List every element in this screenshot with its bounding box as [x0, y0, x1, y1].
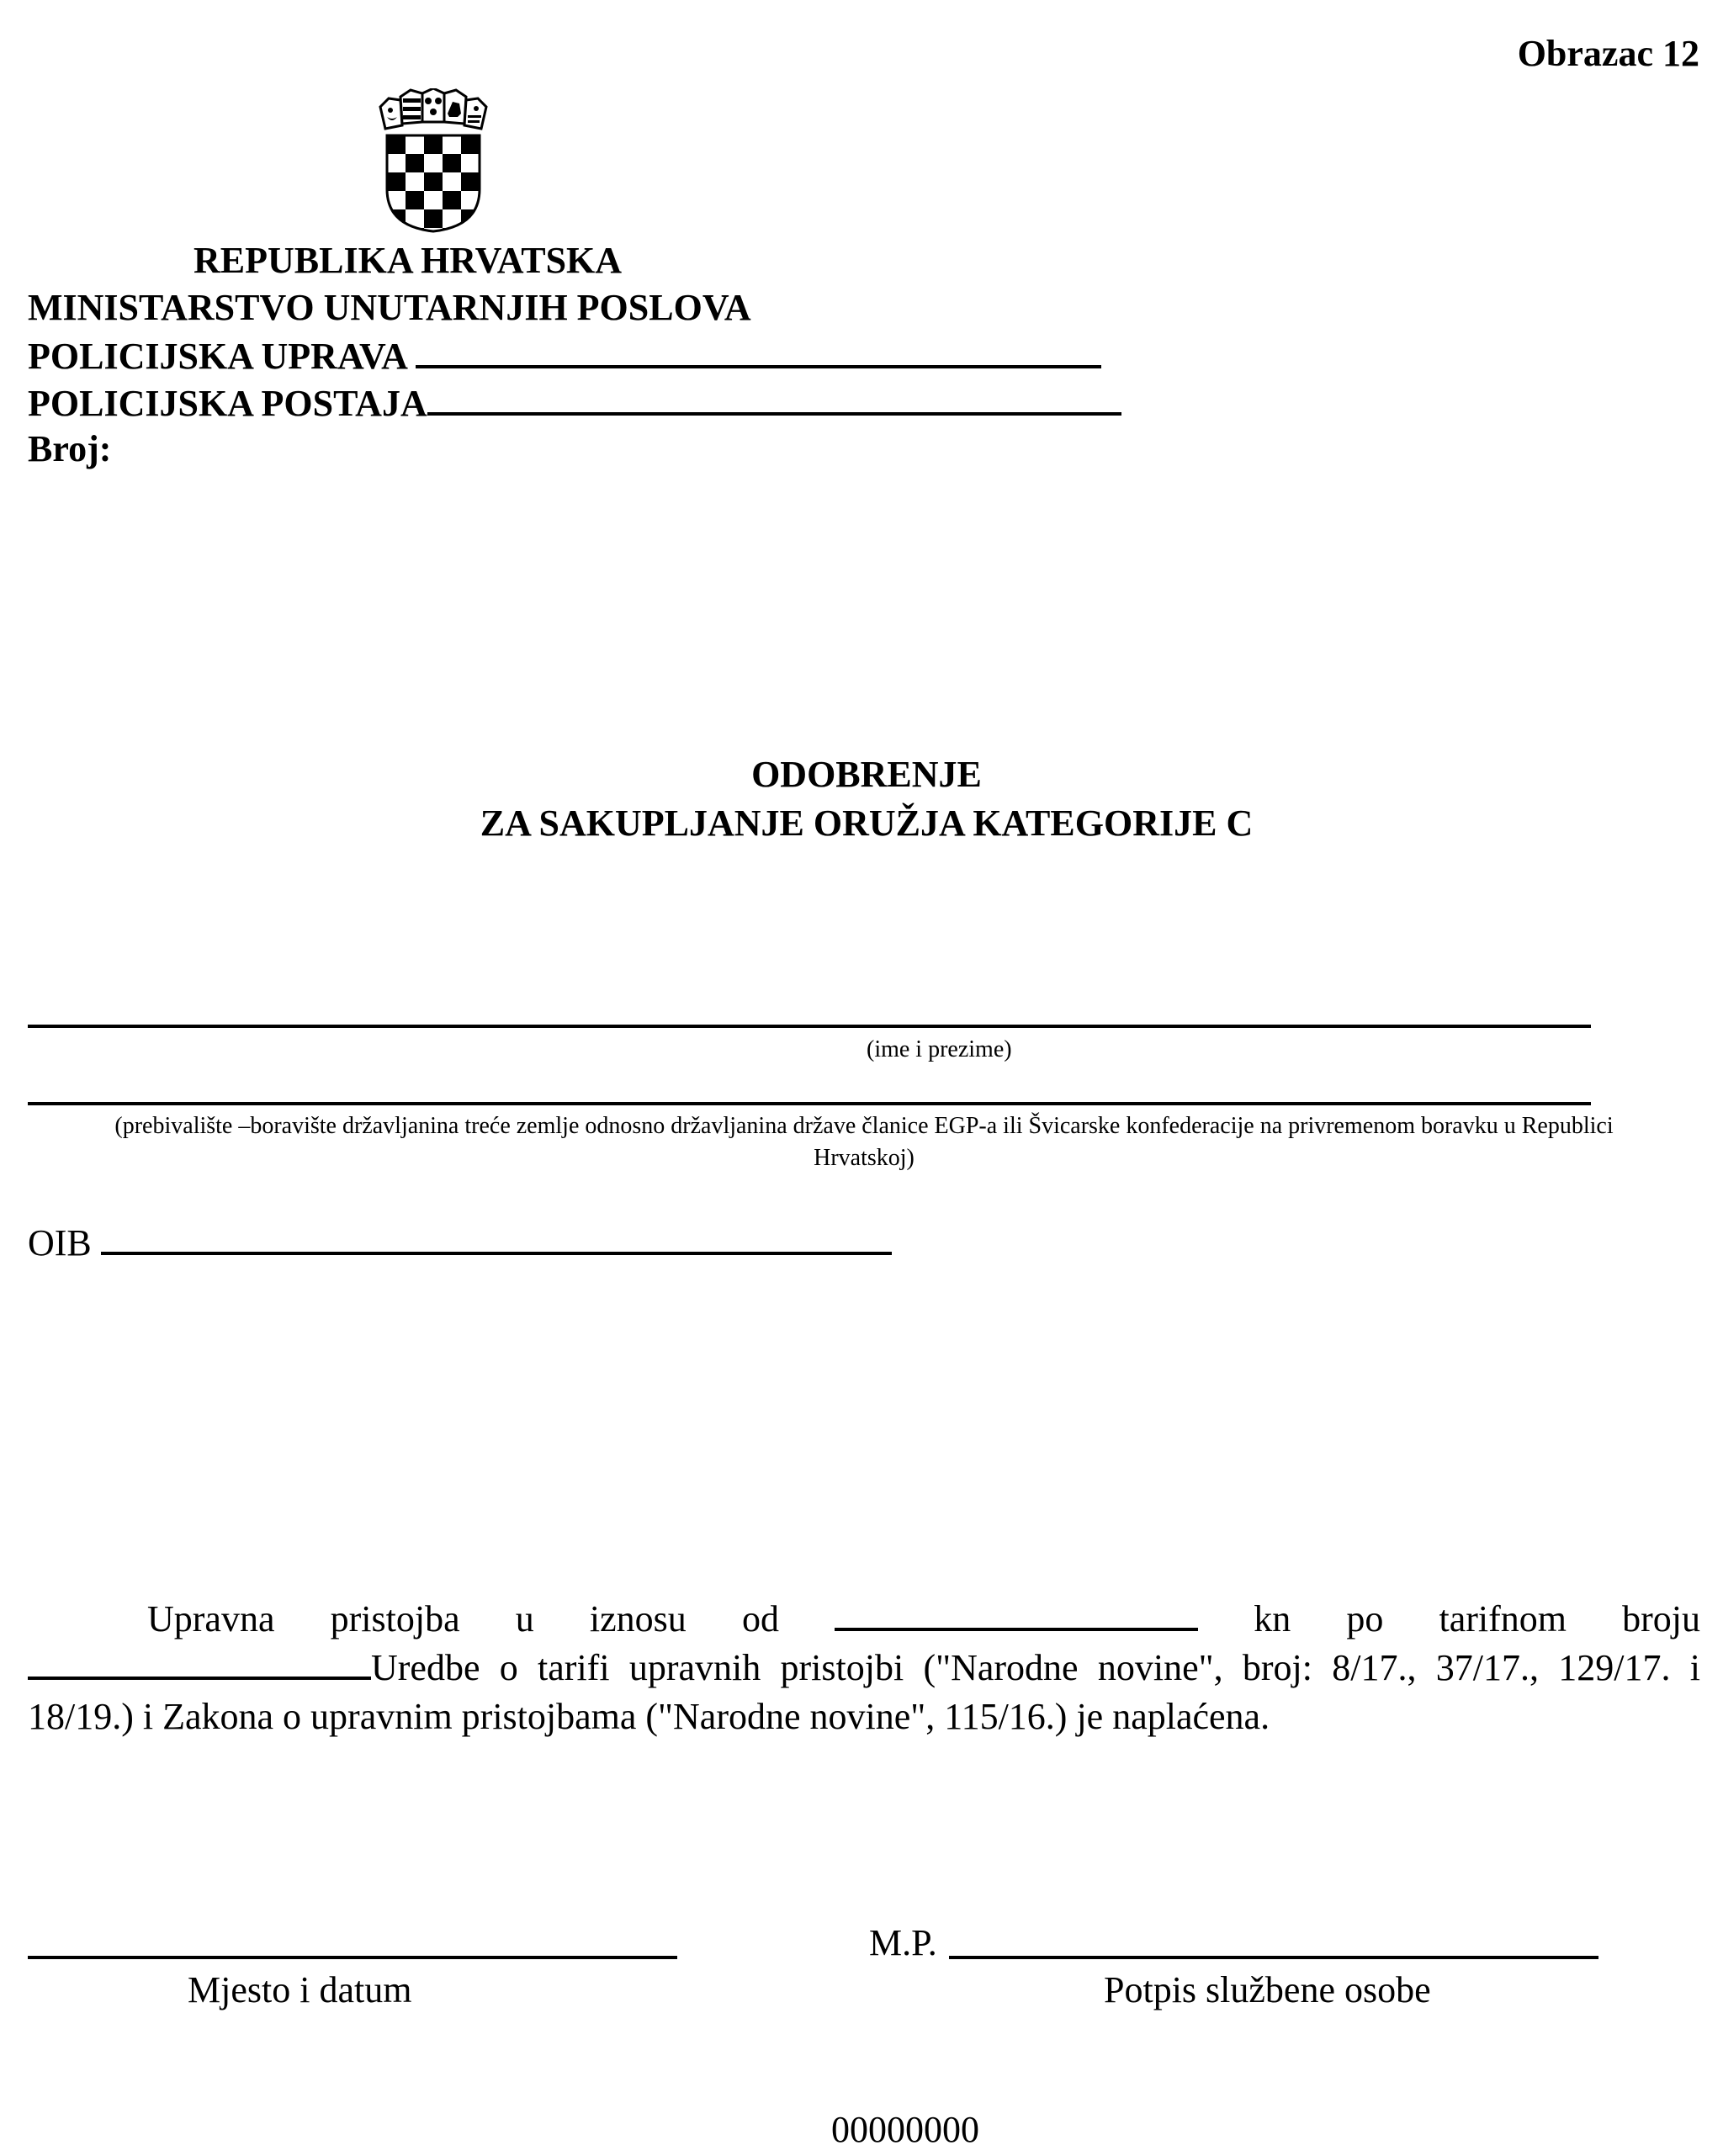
fee-line-2: Uredbe o tarifi upravnih pristojbi ("Nar…: [28, 1644, 1700, 1692]
country-heading: REPUBLIKA HRVATSKA: [194, 237, 622, 284]
fee-word: Upravna: [147, 1598, 275, 1640]
fee-line-1: Upravna pristojba u iznosu od kn po tari…: [28, 1595, 1700, 1644]
oib-field[interactable]: [101, 1221, 892, 1255]
number-row: Broj:: [28, 426, 111, 473]
residence-field[interactable]: [28, 1102, 1591, 1105]
fee-word: broju: [1622, 1598, 1700, 1640]
place-date-field[interactable]: [28, 1956, 677, 1959]
oib-row: OIB: [28, 1221, 892, 1264]
fee-word: tarifnom: [1439, 1598, 1567, 1640]
croatian-coat-of-arms-icon: [377, 88, 490, 233]
residence-caption-line-1: (prebivalište –boravište državljanina tr…: [28, 1110, 1700, 1142]
fee-line-2-text: Uredbe o tarifi upravnih pristojbi ("Nar…: [371, 1647, 1700, 1688]
name-field[interactable]: [28, 1025, 1591, 1028]
document-title: ODOBRENJE ZA SAKUPLJANJE ORUŽJA KATEGORI…: [0, 750, 1723, 848]
oib-label: OIB: [28, 1222, 92, 1263]
fee-line-3: 18/19.) i Zakona o upravnim pristojbama …: [28, 1692, 1700, 1741]
title-line-2: ZA SAKUPLJANJE ORUŽJA KATEGORIJE C: [0, 799, 1723, 848]
official-signature-field[interactable]: [949, 1956, 1598, 1959]
fee-word: od: [742, 1598, 779, 1640]
fee-word: u: [516, 1598, 534, 1640]
police-station-label: POLICIJSKA POSTAJA: [28, 383, 427, 424]
police-directorate-label: POLICIJSKA UPRAVA: [28, 336, 406, 377]
fee-word: po: [1346, 1598, 1383, 1640]
title-line-1: ODOBRENJE: [0, 750, 1723, 799]
fee-word: kn: [1254, 1598, 1291, 1640]
ministry-heading: MINISTARSTVO UNUTARNJIH POSLOVA: [28, 284, 751, 331]
residence-caption-line-2: Hrvatskoj): [28, 1142, 1700, 1174]
residence-caption: (prebivalište –boravište državljanina tr…: [28, 1110, 1700, 1174]
name-caption: (ime i prezime): [867, 1036, 1012, 1063]
form-number: Obrazac 12: [1518, 32, 1699, 75]
fee-word: pristojba: [331, 1598, 460, 1640]
footer-code: 00000000: [0, 2108, 1723, 2151]
police-directorate-row: POLICIJSKA UPRAVA: [28, 331, 1101, 380]
stamp-label: M.P.: [869, 1921, 937, 1964]
police-station-row: POLICIJSKA POSTAJA: [28, 379, 1121, 427]
police-directorate-field[interactable]: [416, 331, 1101, 368]
tariff-number-field[interactable]: [28, 1646, 371, 1680]
police-station-field[interactable]: [427, 379, 1121, 416]
fee-amount-field[interactable]: [835, 1597, 1198, 1631]
fee-paragraph: Upravna pristojba u iznosu od kn po tari…: [28, 1595, 1700, 1741]
place-date-label: Mjesto i datum: [188, 1968, 411, 2011]
fee-word: iznosu: [590, 1598, 687, 1640]
official-signature-label: Potpis službene osobe: [1104, 1968, 1431, 2011]
number-label: Broj:: [28, 428, 111, 469]
